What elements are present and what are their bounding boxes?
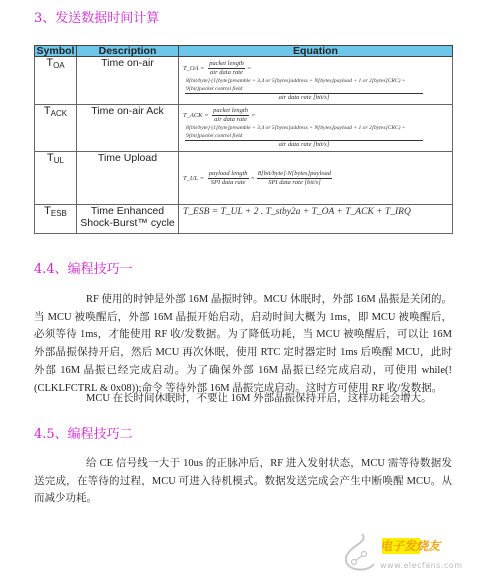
description-cell: Time Enhanced Shock-Burst™ cycle	[77, 205, 179, 234]
fraction: 8[bit/byte]·N[bytes]payloadSPI data rate…	[257, 170, 332, 187]
logo-url-text: www.elecfans.com	[380, 561, 463, 570]
equation-cell: T_ACK = packet lengthair data rate=8[bit…	[179, 105, 453, 152]
section-3-heading: 3、发送数据时间计算	[34, 7, 159, 26]
equation-cell: T_OA = packet lengthair data rate=8[bit/…	[179, 57, 453, 105]
fraction: packet lengthair data rate	[212, 107, 249, 124]
fraction: 8[bit/byte]·(1[byte]preamble + 3,4 or 5[…	[185, 124, 423, 149]
column-header-symbol: Symbol	[35, 46, 77, 57]
watermark-logo: 电子发烧友 www.elecfans.com	[340, 530, 470, 578]
section-4-4-paragraph-2: MCU 在长时间休眠时，不要让 16M 外部晶振保持开启，这样功耗会增大。	[34, 390, 452, 408]
table-row: TUL Time Upload T_UL = payload lengthSPI…	[35, 152, 453, 205]
description-cell: Time Upload	[77, 152, 179, 205]
section-4-5-paragraph-1: 给 CE 信号线一大于 10us 的正脉冲后，RF 进入发射状态，MCU 需等待…	[34, 455, 452, 508]
table-row: TOA Time on-air T_OA = packet lengthair …	[35, 57, 453, 105]
symbol-cell: TOA	[35, 57, 77, 105]
fraction: packet lengthair data rate	[208, 60, 245, 77]
symbol-cell: TACK	[35, 105, 77, 152]
equation-cell: T_UL = payload lengthSPI data rate=8[bit…	[179, 152, 453, 205]
logo-swirl-icon	[340, 530, 380, 576]
logo-brand-text: 电子发烧友	[380, 537, 440, 554]
description-cell: Time on-air Ack	[77, 105, 179, 152]
column-header-description: Description	[77, 46, 179, 57]
table-row: TESB Time Enhanced Shock-Burst™ cycle T_…	[35, 205, 453, 234]
description-cell: Time on-air	[77, 57, 179, 105]
fraction: 8[bit/byte]·(1[byte]preamble + 3,4 or 5[…	[185, 77, 423, 102]
table-row: TACK Time on-air Ack T_ACK = packet leng…	[35, 105, 453, 152]
table-header-row: Symbol Description Equation	[35, 46, 453, 57]
fraction: payload lengthSPI data rate	[208, 170, 249, 187]
symbol-cell: TESB	[35, 205, 77, 234]
column-header-equation: Equation	[179, 46, 453, 57]
section-4-4-heading: 4.4、编程技巧一	[34, 258, 133, 277]
equation-cell: T_ESB = T_UL + 2 . T_stby2a + T_OA + T_A…	[179, 205, 453, 234]
timing-equation-table: Symbol Description Equation TOA Time on-…	[34, 45, 453, 234]
section-4-5-heading: 4.5、编程技巧二	[34, 423, 133, 442]
section-4-4-paragraph-1: RF 使用的时钟是外部 16M 晶振时钟。MCU 休眠时，外部 16M 晶振是关…	[34, 291, 452, 397]
symbol-cell: TUL	[35, 152, 77, 205]
